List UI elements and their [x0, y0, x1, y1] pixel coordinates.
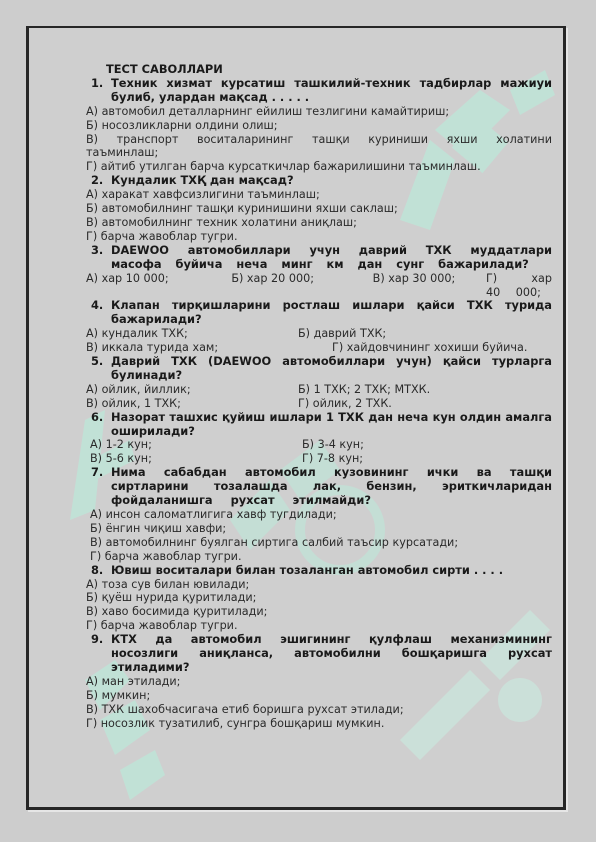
test-questions: ТЕСТ САВОЛЛАРИ 1. Техник хизмат курсатиш… [86, 63, 552, 731]
option-b: Б) қуёш нурида қуритилади; [86, 591, 552, 605]
question-4: 4. Клапан тирқишларини ростлаш ишлари қа… [86, 299, 552, 327]
options-row: А) ойлик, йиллик; Б) 1 ТХК; 2 ТХК; МТХК. [86, 383, 552, 397]
question-number: 5. [86, 355, 111, 383]
option-b: Б) даврий ТХК; [298, 327, 552, 341]
question-number: 4. [86, 299, 111, 327]
option-b: Б) мумкин; [86, 689, 552, 703]
question-number: 6. [86, 411, 111, 439]
question-5: 5. Даврий ТХК (DAEWOO автомобиллари учун… [86, 355, 552, 383]
question-text: DAEWOO автомобиллари учун даврий ТХК муд… [111, 244, 552, 272]
options-row: А) кундалик ТХК; Б) даврий ТХК; [86, 327, 552, 341]
option-g: Г) барча жавоблар тугри. [86, 230, 552, 244]
option-a: А) ман этилади; [86, 675, 552, 689]
question-number: 3. [86, 244, 111, 272]
option-v: В) хаво босимида қуритилади; [86, 605, 552, 619]
option-b: Б) автомобилнинг ташқи куринишини яхши с… [86, 202, 552, 216]
question-6: 6. Назорат ташхис қуйиш ишлари 1 ТХК дан… [86, 411, 552, 439]
option-v: В) транспорт воситаларининг ташқи курини… [86, 133, 552, 161]
options-row: А) хар 10 000; Б) хар 20 000; В) хар 30 … [86, 272, 552, 300]
option-a: А) ойлик, йиллик; [86, 383, 298, 397]
option-g: Г) хайдовчининг хохиши буйича. [332, 341, 552, 355]
option-g: Г) барча жавоблар тугри. [86, 550, 552, 564]
question-7: 7. Нима сабабдан автомобил кузовининг ич… [86, 466, 552, 508]
options-row: В) иккала турида хам; Г) хайдовчининг хо… [86, 341, 552, 355]
question-2: 2. Кундалик ТХҚ дан мақсад? [86, 174, 552, 188]
option-g: Г) 7-8 кун; [302, 452, 552, 466]
document-title: ТЕСТ САВОЛЛАРИ [86, 63, 552, 77]
question-1: 1. Техник хизмат курсатиш ташкилий-техни… [86, 77, 552, 105]
question-text: Нима сабабдан автомобил кузовининг ички … [111, 466, 552, 508]
question-text: Ювиш воситалари билан тозаланган автомоб… [111, 564, 552, 578]
question-number: 9. [86, 633, 111, 675]
option-g: Г) ойлик, 2 ТХК. [298, 397, 552, 411]
question-text: Клапан тирқишларини ростлаш ишлари қайси… [111, 299, 552, 327]
question-number: 8. [86, 564, 111, 578]
options-row: В) 5-6 кун; Г) 7-8 кун; [86, 452, 552, 466]
option-b: Б) хар 20 000; [231, 272, 369, 300]
option-b: Б) носозликларни олдини олиш; [86, 119, 552, 133]
option-b: Б) 3-4 кун; [302, 438, 552, 452]
question-text: Назорат ташхис қуйиш ишлари 1 ТХК дан не… [111, 411, 552, 439]
question-text: Даврий ТХК (DAEWOO автомобиллари учун) қ… [111, 355, 552, 383]
option-v: В) хар 30 000; [373, 272, 483, 300]
option-g: Г) айтиб утилган барча курсаткичлар бажа… [86, 160, 552, 174]
option-v: В) автомобилнинг буялган сиртига салбий … [86, 536, 552, 550]
option-g: Г) носозлик тузатилиб, сунгра бошқариш м… [86, 717, 552, 731]
question-text: КТХ да автомобил эшигининг қулфлаш механ… [111, 633, 552, 675]
option-a: А) автомобил деталларнинг ейилиш тезлиги… [86, 105, 552, 119]
options-row: В) ойлик, 1 ТХК; Г) ойлик, 2 ТХК. [86, 397, 552, 411]
question-text: Техник хизмат курсатиш ташкилий-техник т… [111, 77, 552, 105]
option-a: А) хар 10 000; [86, 272, 228, 300]
question-number: 1. [86, 77, 111, 105]
question-text: Кундалик ТХҚ дан мақсад? [111, 174, 552, 188]
question-number: 7. [86, 466, 111, 508]
option-a: А) инсон саломатлигига хавф тугдилади; [86, 508, 552, 522]
option-a: А) харакат хавфсизлигини таъминлаш; [86, 188, 552, 202]
option-g: Г) барча жавоблар тугри. [86, 619, 552, 633]
option-b: Б) 1 ТХК; 2 ТХК; МТХК. [298, 383, 552, 397]
option-a: А) кундалик ТХК; [86, 327, 298, 341]
question-number: 2. [86, 174, 111, 188]
option-a: А) 1-2 кун; [90, 438, 302, 452]
option-v: В) автомобилнинг техник холатини аниқлаш… [86, 216, 552, 230]
option-b: Б) ёнгин чиқиш хавфи; [86, 522, 552, 536]
question-8: 8. Ювиш воситалари билан тозаланган авто… [86, 564, 552, 578]
options-row: А) 1-2 кун; Б) 3-4 кун; [86, 438, 552, 452]
option-v: В) 5-6 кун; [90, 452, 302, 466]
question-9: 9. КТХ да автомобил эшигининг қулфлаш ме… [86, 633, 552, 675]
option-v: В) ойлик, 1 ТХК; [86, 397, 298, 411]
option-g: Г) хар 40 000; [486, 272, 552, 300]
option-v: В) ТХК шахобчасигача етиб боришга рухсат… [86, 703, 552, 717]
option-a: А) тоза сув билан ювилади; [86, 578, 552, 592]
option-v: В) иккала турида хам; [86, 341, 332, 355]
question-3: 3. DAEWOO автомобиллари учун даврий ТХК … [86, 244, 552, 272]
